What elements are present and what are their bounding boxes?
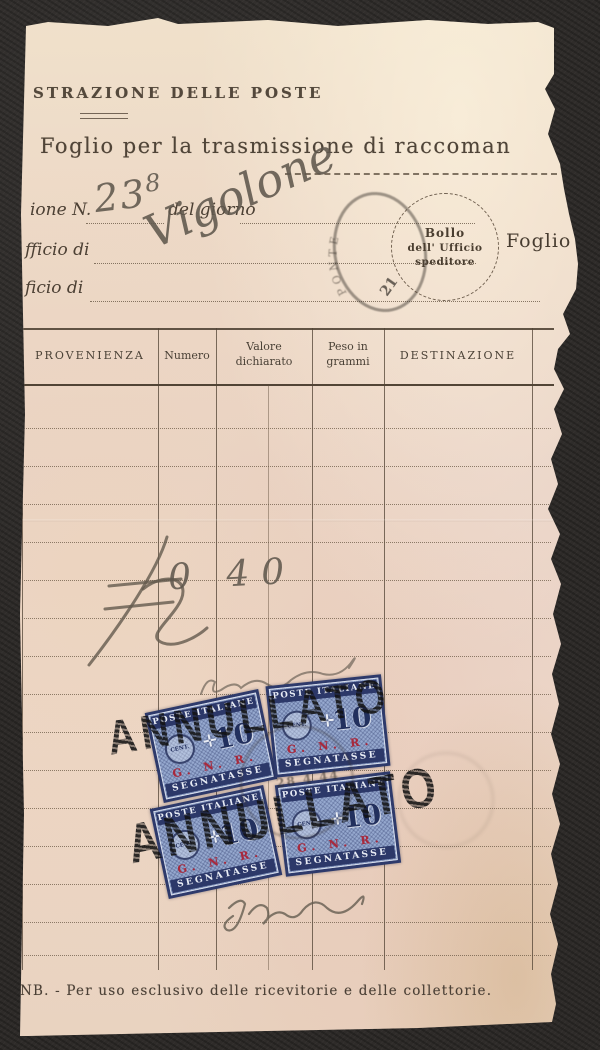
bollo-ufficio-circle: Bollo dell' Ufficio speditore xyxy=(391,193,499,301)
table-row-line xyxy=(24,504,551,505)
signature-scribble-bottom xyxy=(215,878,390,943)
foglio-number-label: Foglio N xyxy=(506,230,596,252)
table-row-line xyxy=(24,466,551,467)
table-vline xyxy=(22,328,23,970)
col-header-provenienza: PROVENIENZA xyxy=(22,349,158,364)
handwritten-amount: 0 40 xyxy=(167,551,297,599)
dotted-leader xyxy=(90,300,540,302)
form-line3-label: ficio di xyxy=(25,278,83,298)
table-vline xyxy=(384,328,385,970)
letterhead-partial: STRAZIONE DELLE POSTE xyxy=(33,84,323,102)
document-paper: STRAZIONE DELLE POSTE Foglio per la tras… xyxy=(18,14,584,1040)
svg-text:21: 21 xyxy=(377,274,401,299)
paper-crease xyxy=(18,519,584,522)
bollo-line3: speditore xyxy=(415,256,475,268)
col-header-peso: Peso in grammi xyxy=(318,340,378,370)
table-row-line xyxy=(24,955,551,956)
scanned-postal-document: { "document": { "header_partial": "STRAZ… xyxy=(0,0,600,1050)
form-line2-label: fficio di xyxy=(25,240,89,260)
col-header-destinazione: DESTINAZIONE xyxy=(384,349,532,364)
letterhead-underline xyxy=(80,113,128,119)
form-line1-label: ione N. xyxy=(30,200,91,220)
col-header-numero: Numero xyxy=(158,349,216,364)
table-header-border xyxy=(22,384,554,386)
table-vline xyxy=(532,328,533,970)
table-row-line xyxy=(24,428,551,429)
bollo-line1: Bollo xyxy=(425,226,465,240)
bollo-line2: dell' Ufficio xyxy=(408,242,483,254)
footer-note: NB. - Per uso esclusivo delle ricevitori… xyxy=(20,983,492,999)
table-top-border xyxy=(22,328,554,330)
col-header-valore: Valore dichiarato xyxy=(228,340,300,370)
svg-text:PONTE: PONTE xyxy=(326,232,349,298)
